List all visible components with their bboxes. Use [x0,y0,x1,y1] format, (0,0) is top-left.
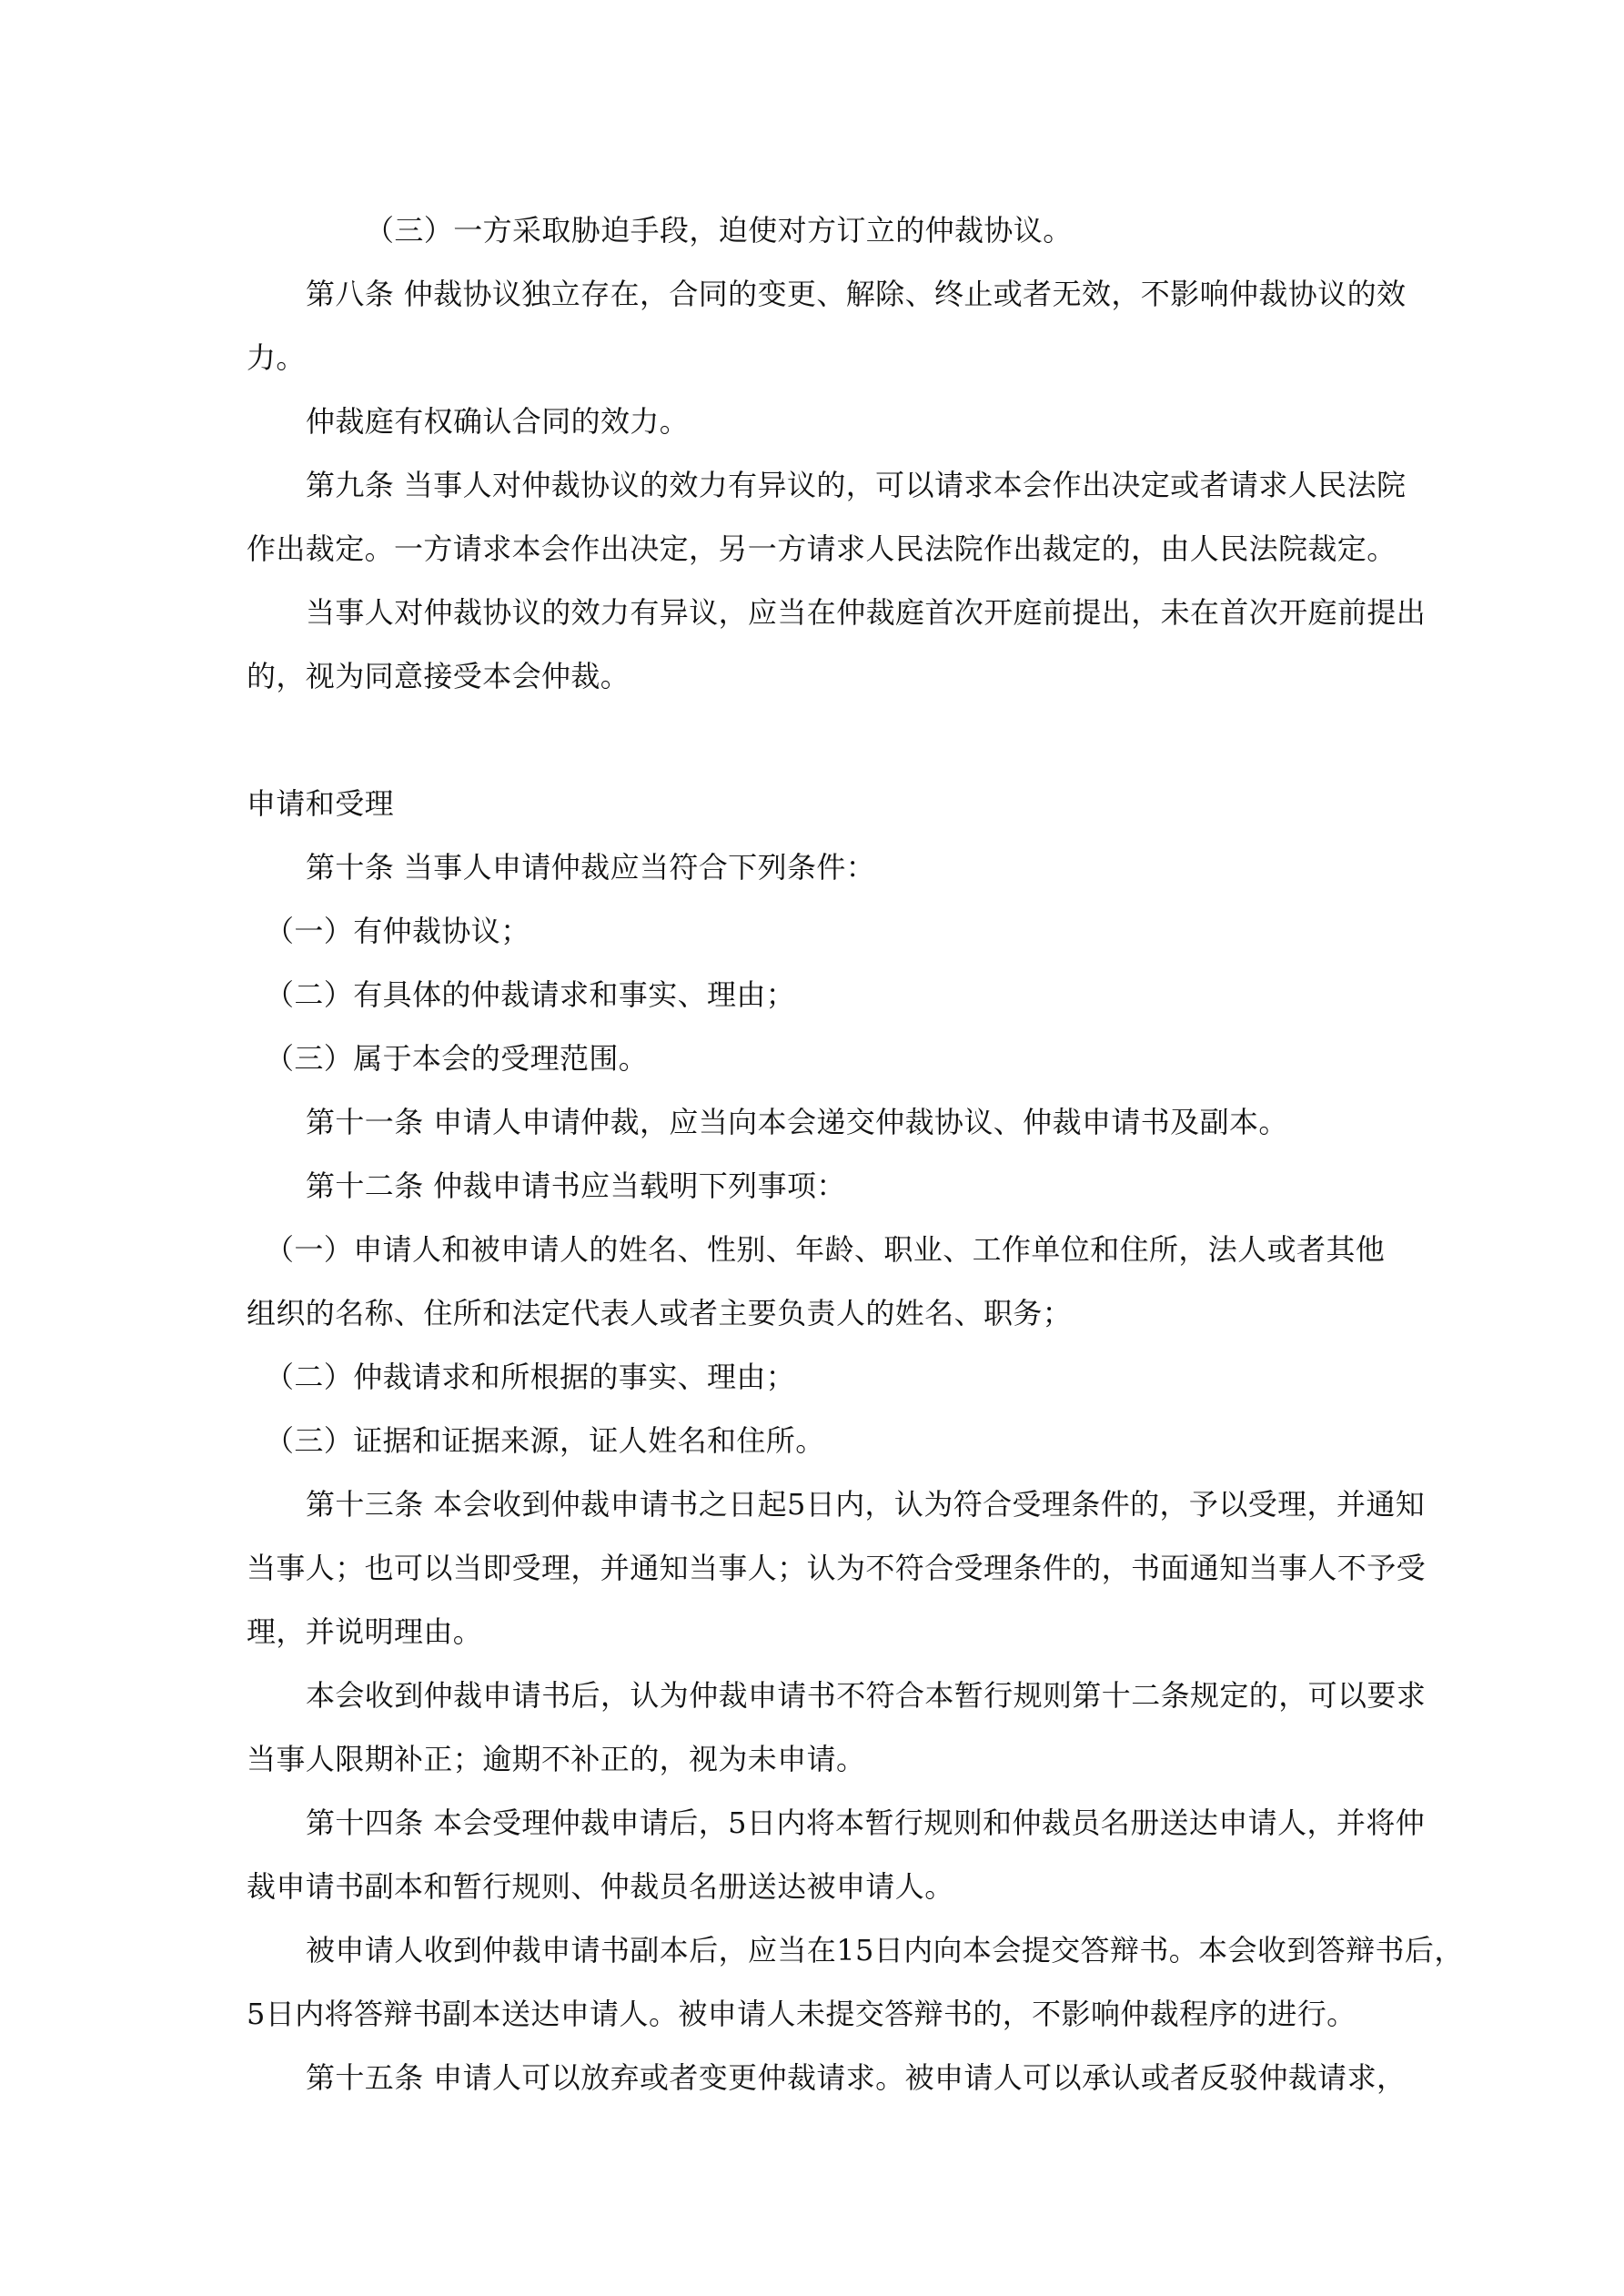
article-12-item-1-line-1: （一）申请人和被申请人的姓名、性别、年龄、职业、工作单位和住所，法人或者其他 [247,1218,1411,1281]
article-10-item-3: （三）属于本会的受理范围。 [247,1027,1411,1090]
article-8-paragraph-2: 仲裁庭有权确认合同的效力。 [247,389,1452,453]
article-14-line-1: 第十四条 本会受理仲裁申请后，5日内将本暂行规则和仲裁员名册送达申请人，并将仲 [247,1791,1452,1855]
article-8-line-2: 力。 [247,326,1393,389]
article-14-paragraph-2-line-2: 5日内将答辩书副本送达申请人。被申请人未提交答辩书的，不影响仲裁程序的进行。 [247,1982,1393,2046]
article-13-line-1: 第十三条 本会收到仲裁申请书之日起5日内，认为符合受理条件的，予以受理，并通知 [247,1472,1452,1536]
article-14-paragraph-2-line-1: 被申请人收到仲裁申请书副本后，应当在15日内向本会提交答辩书。本会收到答辩书后， [247,1918,1452,1982]
article-8-line-1: 第八条 仲裁协议独立存在，合同的变更、解除、终止或者无效，不影响仲裁协议的效 [247,262,1452,326]
section-heading: 申请和受理 [247,772,1393,835]
article-14-line-2: 裁申请书副本和暂行规则、仲裁员名册送达被申请人。 [247,1855,1393,1918]
article-9-paragraph-2-line-1: 当事人对仲裁协议的效力有异议，应当在仲裁庭首次开庭前提出，未在首次开庭前提出 [247,581,1452,644]
article-13-line-2: 当事人；也可以当即受理，并通知当事人；认为不符合受理条件的，书面通知当事人不予受 [247,1536,1393,1600]
article-10-item-2: （二）有具体的仲裁请求和事实、理由； [247,963,1411,1027]
article-10: 第十条 当事人申请仲裁应当符合下列条件： [247,835,1452,899]
article-12-item-3: （三）证据和证据来源，证人姓名和住所。 [247,1409,1411,1472]
article-9-paragraph-2-line-2: 的，视为同意接受本会仲裁。 [247,644,1393,708]
article-12-item-1-line-2: 组织的名称、住所和法定代表人或者主要负责人的姓名、职务； [247,1281,1393,1345]
article-13-paragraph-2-line-1: 本会收到仲裁申请书后，认为仲裁申请书不符合本暂行规则第十二条规定的，可以要求 [247,1664,1452,1727]
document-page: （三）一方采取胁迫手段，迫使对方订立的仲裁协议。 第八条 仲裁协议独立存在，合同… [0,0,1624,2296]
article-10-item-1: （一）有仲裁协议； [247,899,1411,963]
article-12: 第十二条 仲裁申请书应当载明下列事项： [247,1154,1452,1218]
article-15-line-1: 第十五条 申请人可以放弃或者变更仲裁请求。被申请人可以承认或者反驳仲裁请求， [247,2046,1452,2109]
article-9-line-1: 第九条 当事人对仲裁协议的效力有异议的，可以请求本会作出决定或者请求人民法院 [247,453,1452,517]
article-12-item-2: （二）仲裁请求和所根据的事实、理由； [247,1345,1411,1409]
article-11: 第十一条 申请人申请仲裁，应当向本会递交仲裁协议、仲裁申请书及副本。 [247,1090,1452,1154]
article-9-line-2: 作出裁定。一方请求本会作出决定，另一方请求人民法院作出裁定的，由人民法院裁定。 [247,517,1393,581]
article-13-paragraph-2-line-2: 当事人限期补正；逾期不补正的，视为未申请。 [247,1727,1393,1791]
article-13-line-3: 理，并说明理由。 [247,1600,1393,1664]
clause-item-3-duress: （三）一方采取胁迫手段，迫使对方订立的仲裁协议。 [247,198,1511,262]
